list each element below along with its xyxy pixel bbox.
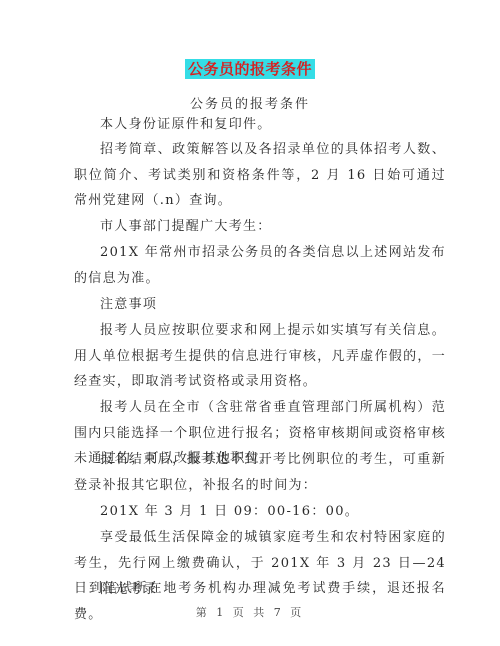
paragraph-supplementary: 报名结束后，报考达不到开考比例职位的考生，可重新登录补报其它职位，补报名的时间为… [74, 447, 446, 498]
paragraph-brochure-query: 招考简章、政策解答以及各招录单位的具体招考人数、职位简介、考试类别和资格条件等，… [74, 137, 446, 214]
document-subtitle: 公务员的报考条件 [0, 93, 500, 112]
paragraph-fill-info: 报考人员应按职位要求和网上提示如实填写有关信息。用人单位根据考生提供的信息进行审… [74, 318, 446, 395]
paragraph-time: 201X 年 3 月 1 日 09：00-16：00。 [74, 499, 446, 525]
paragraph-reminder: 市人事部门提醒广大考生： [74, 214, 446, 240]
title-container: 公务员的报考条件 [0, 59, 500, 79]
paragraph-id-documents: 本人身份证原件和复印件。 [74, 112, 446, 138]
document-title: 公务员的报考条件 [185, 59, 315, 79]
paragraph-sunshine: 阳光考录 [74, 577, 446, 603]
paragraph-info-source: 201X 年常州市招录公务员的各类信息以上述网站发布的信息为准。 [74, 240, 446, 291]
paragraph-notes-heading: 注意事项 [74, 292, 446, 318]
page-footer: 第 1 页 共 7 页 [0, 604, 500, 620]
